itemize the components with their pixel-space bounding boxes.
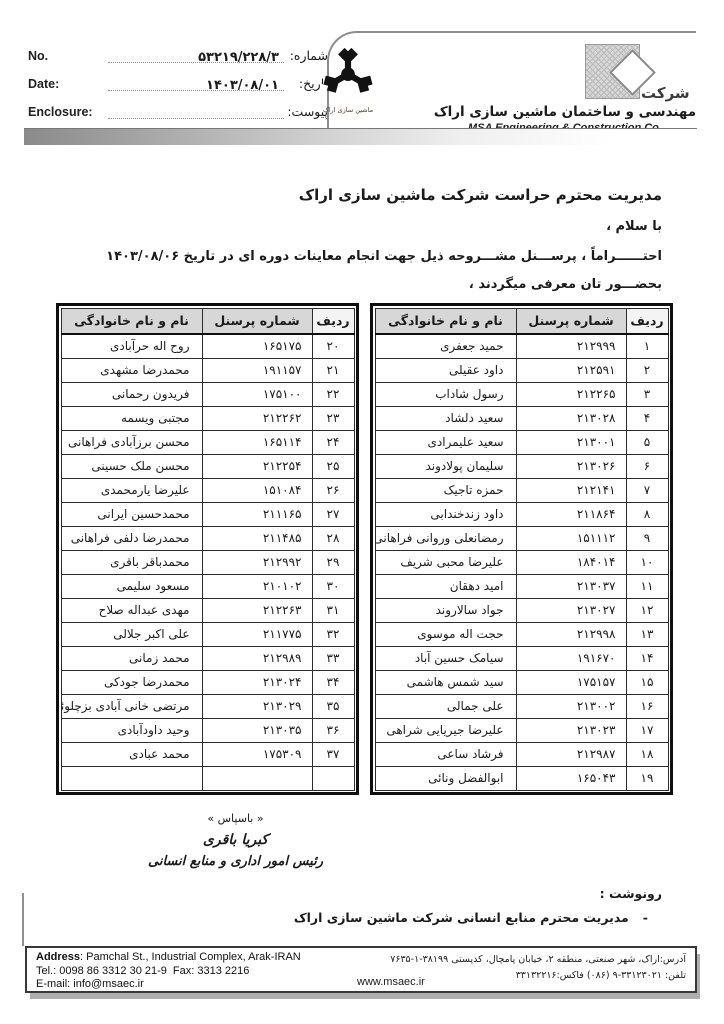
table-row: ۳۳۲۱۲۹۸۹محمد زمانی (61, 646, 354, 670)
name-cell: فرشاد ساعی (375, 742, 516, 766)
table-row: ۶۲۱۳۰۲۶سلیمان پولادوند (375, 454, 668, 478)
row-number-cell: ۱۲ (626, 598, 668, 622)
table-row: ۲۸۲۱۱۴۸۵محمدرضا دلفی فراهانی (61, 526, 354, 550)
row-number-cell: ۳۰ (312, 574, 354, 598)
dotted-leader: ۵۳۲۱۹/۲۲۸/۳ (108, 45, 284, 63)
row-number-cell: ۲۹ (312, 550, 354, 574)
company-name-fa: مهندسی و ساختمان ماشین سازی اراک (420, 104, 710, 120)
table-row: ۲۶۱۵۱۰۸۴علیرضا یارمحمدی (61, 478, 354, 502)
personnel-number-cell: ۱۷۵۱۰۰ (202, 382, 312, 406)
name-cell: سعید دلشاد (375, 406, 516, 430)
header-row-number: ردیف (626, 308, 668, 334)
table-row: ۱۵۱۷۵۱۵۷سید شمس هاشمی (375, 670, 668, 694)
name-cell: وحید داودآبادی (61, 718, 202, 742)
ref-row-number: No. ۵۳۲۱۹/۲۲۸/۳ شماره: (28, 42, 332, 63)
table-row: ۱۷۲۱۳۰۲۳علیرضا جیریایی شراهی (375, 718, 668, 742)
cc-dash: - (643, 910, 648, 925)
row-number-cell: ۱۳ (626, 622, 668, 646)
ref-row-date: Date: ۱۴۰۳/۰۸/۰۱ تاریخ: (28, 70, 332, 91)
personnel-number-cell: ۱۵۱۰۸۴ (202, 478, 312, 502)
table-row: ۳۲۲۱۱۷۷۵علی اکبر جلالی (61, 622, 354, 646)
dotted-leader (108, 101, 284, 119)
name-cell: محمدباقر باقری (61, 550, 202, 574)
letter-title: مدیریت محترم حراست شرکت ماشین سازی اراک (299, 186, 662, 204)
row-number-cell (312, 766, 354, 790)
personnel-table-left: ردیف شماره پرسنل نام و نام خانوادگی ۲۰۱۶… (61, 308, 355, 791)
name-cell: علیرضا محبی شریف (375, 550, 516, 574)
name-cell: علی اکبر جلالی (61, 622, 202, 646)
name-cell: روح اله حرآبادی (61, 334, 202, 358)
row-number-cell: ۱ (626, 334, 668, 358)
name-cell: حمزه تاجیک (375, 478, 516, 502)
salutation: با سلام ، (606, 219, 662, 234)
row-number-cell: ۳۵ (312, 694, 354, 718)
personnel-number-cell: ۲۱۰۱۰۲ (202, 574, 312, 598)
row-number-cell: ۲۱ (312, 358, 354, 382)
table-row: ۳۷۱۷۵۳۰۹محمد عبادی (61, 742, 354, 766)
letter-page: No. ۵۳۲۱۹/۲۲۸/۳ شماره: Date: ۱۴۰۳/۰۸/۰۱ … (0, 0, 724, 1024)
name-cell: محمد زمانی (61, 646, 202, 670)
signature-block: « باسپاس » کبریا باقری رئیس امور اداری و… (118, 812, 353, 869)
row-number-cell: ۲۰ (312, 334, 354, 358)
personnel-number-cell: ۲۱۳۰۲۷ (516, 598, 626, 622)
name-cell: مرتضی خانی آبادی بزچلوئی (61, 694, 202, 718)
header-row-number: ردیف (312, 308, 354, 334)
personnel-table-right: ردیف شماره پرسنل نام و نام خانوادگی ۱۲۱۲… (375, 308, 669, 791)
name-cell: محسن ملک حسینی (61, 454, 202, 478)
personnel-number-cell: ۲۱۲۹۸۹ (202, 646, 312, 670)
row-number-cell: ۱۷ (626, 718, 668, 742)
name-cell: داود عقیلی (375, 358, 516, 382)
row-number-cell: ۳۳ (312, 646, 354, 670)
footer-website: www.msaec.ir (357, 976, 425, 988)
table-row: ۱۹۱۶۵۰۴۳ابوالفضل ونائی (375, 766, 668, 790)
letter-date-value: ۱۴۰۳/۰۸/۰۱ (206, 78, 279, 93)
header-personnel-number: شماره پرسنل (516, 308, 626, 334)
personnel-number-cell: ۲۱۳۰۳۷ (516, 574, 626, 598)
personnel-number-cell: ۲۱۳۰۲۴ (202, 670, 312, 694)
footer-tel-fax-fa: تلفن: ۳۳۱۲۳۰۲۱-۹ (۰۸۶) فاکس:۳۳۱۳۲۲۱۶ (390, 968, 686, 984)
name-cell: حجت اله موسوی (375, 622, 516, 646)
table-row (61, 766, 354, 790)
table-row: ۱۸۲۱۲۹۸۷فرشاد ساعی (375, 742, 668, 766)
row-number-cell: ۸ (626, 502, 668, 526)
personnel-table-right-wrap: ردیف شماره پرسنل نام و نام خانوادگی ۱۲۱۲… (370, 303, 673, 795)
personnel-number-cell: ۲۱۳۰۳۵ (202, 718, 312, 742)
footer-persian: آدرس:اراک، شهر صنعتی، منطقه ۲، خیابان پا… (390, 952, 686, 984)
personnel-number-cell: ۲۱۱۱۶۵ (202, 502, 312, 526)
name-cell: علیرضا جیریایی شراهی (375, 718, 516, 742)
personnel-number-cell: ۲۱۲۲۵۴ (202, 454, 312, 478)
row-number-cell: ۱۹ (626, 766, 668, 790)
table-row: ۹۱۵۱۱۱۲رمضانعلی وروانی فراهانی (375, 526, 668, 550)
personnel-number-cell: ۲۱۱۷۷۵ (202, 622, 312, 646)
row-number-cell: ۱۱ (626, 574, 668, 598)
personnel-number-cell: ۲۱۳۰۲۸ (516, 406, 626, 430)
name-cell: امید دهقان (375, 574, 516, 598)
footer-address-value: : Pamchal St., Industrial Complex, Arak-… (80, 951, 301, 963)
name-cell: مسعود سلیمی (61, 574, 202, 598)
table-row: ۲۷۲۱۱۱۶۵محمدحسین ایرانی (61, 502, 354, 526)
name-cell: جواد سالاروند (375, 598, 516, 622)
personnel-number-cell: ۲۱۳۰۲۹ (202, 694, 312, 718)
row-number-cell: ۳۶ (312, 718, 354, 742)
row-number-cell: ۲۲ (312, 382, 354, 406)
ref-label-no-en: No. (28, 49, 108, 63)
personnel-number-cell: ۲۱۳۰۰۱ (516, 430, 626, 454)
name-cell: محمدرضا مشهدی (61, 358, 202, 382)
ref-row-enclosure: Enclosure: پیوست: (28, 98, 332, 119)
name-cell: محسن برزآبادی فراهانی (61, 430, 202, 454)
cc-item-text: مدیریت محترم منابع انسانی شرکت ماشین ساز… (294, 910, 629, 925)
name-cell: سیامک حسین آباد (375, 646, 516, 670)
table-row: ۸۲۱۱۸۶۴داود زندخندابی (375, 502, 668, 526)
row-number-cell: ۲۳ (312, 406, 354, 430)
personnel-number-cell: ۲۱۲۹۹۸ (516, 622, 626, 646)
row-number-cell: ۲۷ (312, 502, 354, 526)
personnel-number-cell: ۱۵۱۱۱۲ (516, 526, 626, 550)
name-cell: محمدرضا دلفی فراهانی (61, 526, 202, 550)
footer-english: Address: Pamchal St., Industrial Complex… (36, 951, 301, 992)
table-header-row: ردیف شماره پرسنل نام و نام خانوادگی (375, 308, 668, 334)
row-number-cell: ۱۵ (626, 670, 668, 694)
table-row: ۲۲۱۷۵۱۰۰فریدون رحمانی (61, 382, 354, 406)
personnel-number-cell: ۲۱۲۹۹۹ (516, 334, 626, 358)
ref-label-date-en: Date: (28, 77, 108, 91)
table-row: ۲۰۱۶۵۱۷۵روح اله حرآبادی (61, 334, 354, 358)
row-number-cell: ۳ (626, 382, 668, 406)
table-header-row: ردیف شماره پرسنل نام و نام خانوادگی (61, 308, 354, 334)
cc-block: رونوشت : -مدیریت محترم منابع انسانی شرکت… (294, 886, 662, 925)
footer-left-tick-line (22, 893, 24, 946)
footer-tel-en: Tel.: 0098 86 3312 30 21-9 (36, 965, 167, 977)
name-cell: سلیمان پولادوند (375, 454, 516, 478)
row-number-cell: ۳۲ (312, 622, 354, 646)
table-row: ۵۲۱۳۰۰۱سعید علیمرادی (375, 430, 668, 454)
name-cell: رسول شاداب (375, 382, 516, 406)
row-number-cell: ۳۴ (312, 670, 354, 694)
row-number-cell: ۳۱ (312, 598, 354, 622)
table-row: ۳۶۲۱۳۰۳۵وحید داودآبادی (61, 718, 354, 742)
personnel-number-cell: ۲۱۲۲۶۲ (202, 406, 312, 430)
row-number-cell: ۲۸ (312, 526, 354, 550)
table-row: ۲۹۲۱۲۹۹۲محمدباقر باقری (61, 550, 354, 574)
table-row: ۲۳۲۱۲۲۶۲مجتبی ویسمه (61, 406, 354, 430)
name-cell: علیرضا یارمحمدی (61, 478, 202, 502)
name-cell: محمد عبادی (61, 742, 202, 766)
personnel-number-cell: ۱۷۵۱۵۷ (516, 670, 626, 694)
table-row: ۷۲۱۲۱۴۱حمزه تاجیک (375, 478, 668, 502)
row-number-cell: ۲ (626, 358, 668, 382)
row-number-cell: ۱۴ (626, 646, 668, 670)
signatory-name: کبریا باقری (118, 832, 353, 848)
table-row: ۱۲۲۱۳۰۲۷جواد سالاروند (375, 598, 668, 622)
personnel-number-cell: ۲۱۱۴۸۵ (202, 526, 312, 550)
row-number-cell: ۲۴ (312, 430, 354, 454)
row-number-cell: ۴ (626, 406, 668, 430)
triple-wrench-emblem-icon (316, 42, 380, 104)
personnel-number-cell: ۲۱۱۸۶۴ (516, 502, 626, 526)
row-number-cell: ۲۵ (312, 454, 354, 478)
row-number-cell: ۱۰ (626, 550, 668, 574)
cc-item: -مدیریت محترم منابع انسانی شرکت ماشین سا… (294, 910, 662, 925)
table-row: ۱۴۱۹۱۶۷۰سیامک حسین آباد (375, 646, 668, 670)
company-emblem: ماشین سازی اراک (312, 42, 384, 114)
name-cell: علی جمالی (375, 694, 516, 718)
name-cell: داود زندخندابی (375, 502, 516, 526)
letter-number-value: ۵۳۲۱۹/۲۲۸/۳ (198, 50, 279, 65)
personnel-number-cell: ۱۶۵۱۱۴ (202, 430, 312, 454)
header-divider-bar (24, 128, 697, 145)
name-cell: مجتبی ویسمه (61, 406, 202, 430)
table-row: ۲۲۱۲۵۹۱داود عقیلی (375, 358, 668, 382)
cc-label: رونوشت : (294, 886, 662, 901)
header-name: نام و نام خانوادگی (375, 308, 516, 334)
personnel-number-cell: ۲۱۲۲۶۵ (516, 382, 626, 406)
personnel-number-cell: ۱۶۵۰۴۳ (516, 766, 626, 790)
personnel-number-cell: ۱۹۱۱۵۷ (202, 358, 312, 382)
name-cell: حمید جعفری (375, 334, 516, 358)
header-personnel-number: شماره پرسنل (202, 308, 312, 334)
name-cell: سعید علیمرادی (375, 430, 516, 454)
header-name: نام و نام خانوادگی (61, 308, 202, 334)
personnel-table-left-wrap: ردیف شماره پرسنل نام و نام خانوادگی ۲۰۱۶… (56, 303, 359, 795)
personnel-number-cell: ۲۱۳۰۲۳ (516, 718, 626, 742)
personnel-number-cell: ۲۱۳۰۰۲ (516, 694, 626, 718)
table-row: ۲۱۱۹۱۱۵۷محمدرضا مشهدی (61, 358, 354, 382)
personnel-number-cell: ۲۱۲۹۸۷ (516, 742, 626, 766)
name-cell: فریدون رحمانی (61, 382, 202, 406)
footer-tel-fax-en: Tel.: 0098 86 3312 30 21-9Fax: 3313 2216 (36, 965, 301, 979)
table-row: ۱۰۱۸۴۰۱۴علیرضا محبی شریف (375, 550, 668, 574)
table-row: ۳۴۲۱۳۰۲۴محمدرضا جودکی (61, 670, 354, 694)
name-cell (61, 766, 202, 790)
body-line-1: احتــــــراماً ، پرســـنل مشـــروحه ذیل … (60, 243, 662, 299)
row-number-cell: ۲۶ (312, 478, 354, 502)
name-cell: محمدحسین ایرانی (61, 502, 202, 526)
row-number-cell: ۶ (626, 454, 668, 478)
ref-label-enclosure-en: Enclosure: (28, 105, 108, 119)
name-cell: رمضانعلی وروانی فراهانی (375, 526, 516, 550)
table-row: ۲۵۲۱۲۲۵۴محسن ملک حسینی (61, 454, 354, 478)
name-cell: محمدرضا جودکی (61, 670, 202, 694)
footer-address-en: Address: Pamchal St., Industrial Complex… (36, 951, 301, 965)
table-row: ۱۳۲۱۲۹۹۸حجت اله موسوی (375, 622, 668, 646)
signature-thanks: « باسپاس » (118, 812, 353, 825)
reference-fields: No. ۵۳۲۱۹/۲۲۸/۳ شماره: Date: ۱۴۰۳/۰۸/۰۱ … (28, 42, 332, 126)
personnel-number-cell: ۱۹۱۶۷۰ (516, 646, 626, 670)
personnel-number-cell: ۱۶۵۱۷۵ (202, 334, 312, 358)
personnel-number-cell: ۲۱۲۹۹۲ (202, 550, 312, 574)
personnel-number-cell: ۲۱۳۰۲۶ (516, 454, 626, 478)
dotted-leader: ۱۴۰۳/۰۸/۰۱ (108, 73, 284, 91)
row-number-cell: ۱۸ (626, 742, 668, 766)
table-row: ۱۲۱۲۹۹۹حمید جعفری (375, 334, 668, 358)
row-number-cell: ۵ (626, 430, 668, 454)
footer-address-fa: آدرس:اراک، شهر صنعتی، منطقه ۲، خیابان پا… (390, 952, 686, 968)
personnel-tables: ردیف شماره پرسنل نام و نام خانوادگی ۲۰۱۶… (56, 303, 673, 795)
personnel-number-cell: ۲۱۲۲۶۳ (202, 598, 312, 622)
emblem-caption: ماشین سازی اراک (312, 106, 384, 114)
name-cell: ابوالفضل ونائی (375, 766, 516, 790)
row-number-cell: ۱۶ (626, 694, 668, 718)
row-number-cell: ۷ (626, 478, 668, 502)
table-row: ۳۱۲۱۲۲۶۳مهدی عبداله صلاح (61, 598, 354, 622)
footer-box: Address: Pamchal St., Industrial Complex… (25, 946, 697, 993)
row-number-cell: ۹ (626, 526, 668, 550)
footer-fax-en: Fax: 3313 2216 (173, 965, 249, 977)
table-row: ۱۶۲۱۳۰۰۲علی جمالی (375, 694, 668, 718)
table-row: ۳۲۱۲۲۶۵رسول شاداب (375, 382, 668, 406)
table-row: ۲۴۱۶۵۱۱۴محسن برزآبادی فراهانی (61, 430, 354, 454)
logo-sherkat-text: شرکت (641, 84, 690, 102)
personnel-number-cell: ۲۱۲۵۹۱ (516, 358, 626, 382)
table-row: ۴۲۱۳۰۲۸سعید دلشاد (375, 406, 668, 430)
name-cell: مهدی عبداله صلاح (61, 598, 202, 622)
personnel-number-cell: ۱۷۵۳۰۹ (202, 742, 312, 766)
personnel-number-cell (202, 766, 312, 790)
table-row: ۱۱۲۱۳۰۳۷امید دهقان (375, 574, 668, 598)
table-row: ۳۵۲۱۳۰۲۹مرتضی خانی آبادی بزچلوئی (61, 694, 354, 718)
row-number-cell: ۳۷ (312, 742, 354, 766)
table-row: ۳۰۲۱۰۱۰۲مسعود سلیمی (61, 574, 354, 598)
personnel-number-cell: ۱۸۴۰۱۴ (516, 550, 626, 574)
signatory-title: رئیس امور اداری و منابع انسانی (118, 854, 353, 869)
footer-address-label: Address (36, 951, 80, 963)
footer-email: E-mail: info@msaec.ir (36, 978, 301, 992)
personnel-number-cell: ۲۱۲۱۴۱ (516, 478, 626, 502)
name-cell: سید شمس هاشمی (375, 670, 516, 694)
